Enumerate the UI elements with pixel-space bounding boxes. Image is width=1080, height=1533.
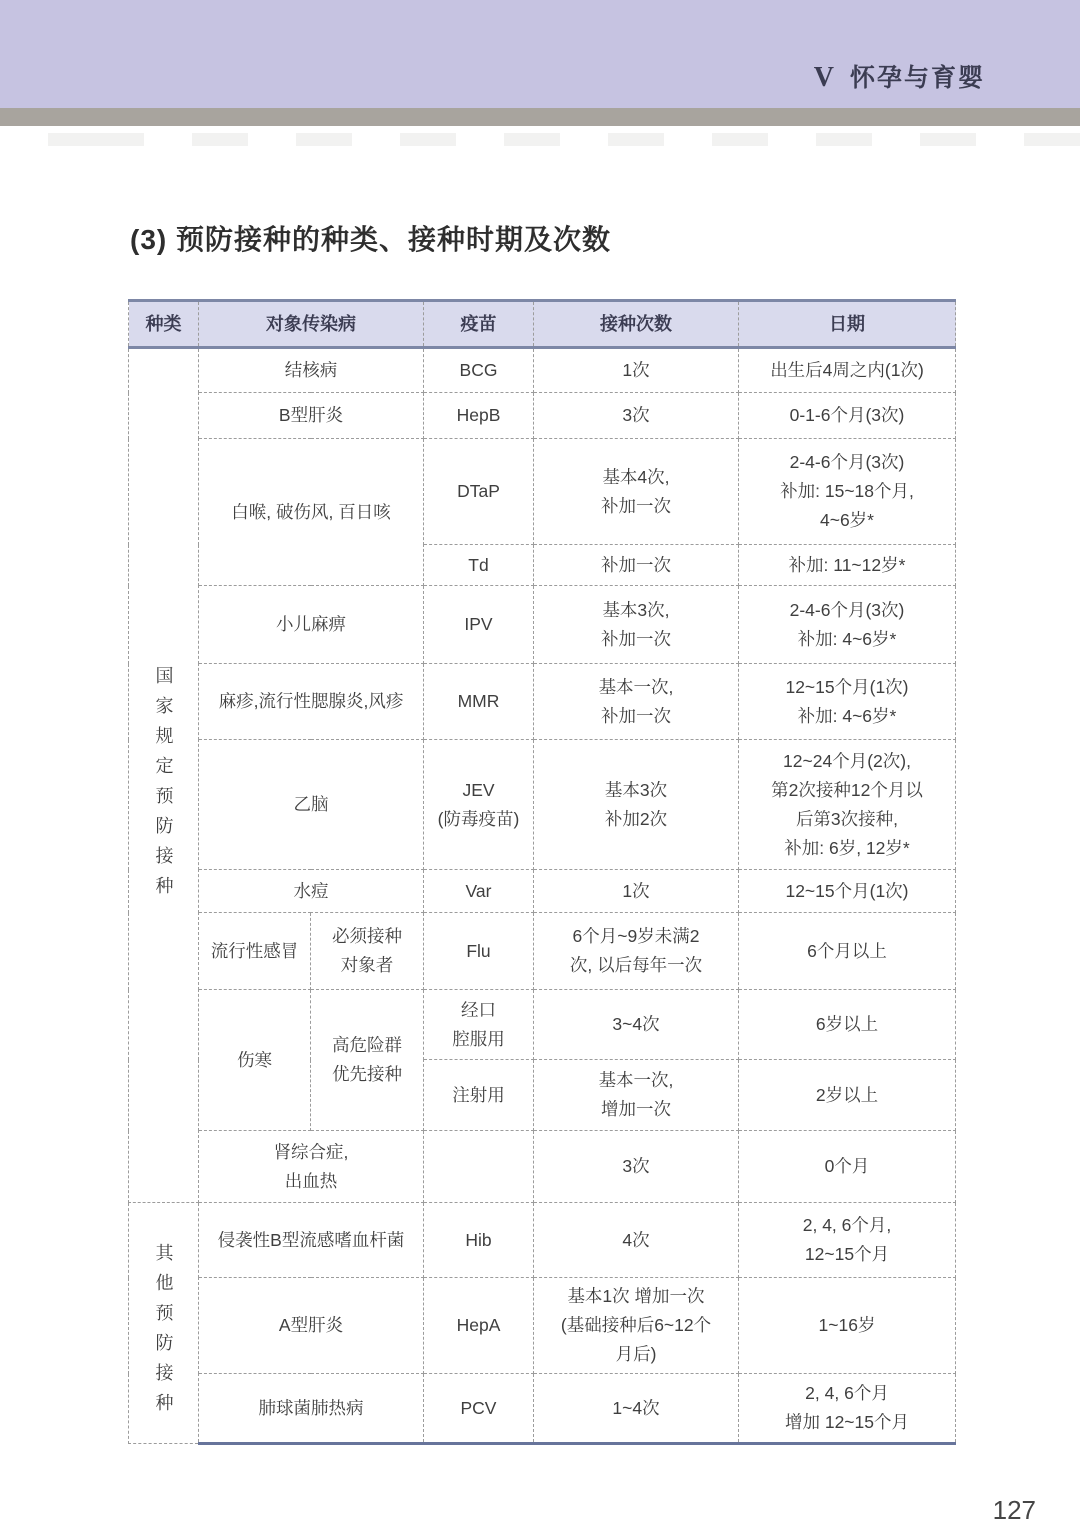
- cell-vaccine: MMR: [424, 664, 534, 740]
- cell-doses: 4次: [534, 1203, 739, 1278]
- cell-doses: 1~4次: [534, 1374, 739, 1444]
- page-header: V 怀孕与育婴: [0, 0, 1080, 108]
- cell-date: 0-1-6个月(3次): [739, 393, 956, 439]
- cell-vaccine: Td: [424, 545, 534, 586]
- cell-date: 0个月: [739, 1131, 956, 1203]
- page-title: (3) 预防接种的种类、接种时期及次数: [130, 218, 1080, 258]
- cell-disease: 肾综合症, 出血热: [199, 1131, 424, 1203]
- cell-vaccine: JEV (防毒疫苗): [424, 740, 534, 870]
- table-row-flu: 流行性感冒 必须接种 对象者 Flu 6个月~9岁未满2 次, 以后每年一次 6…: [129, 913, 956, 990]
- table-row-hepb: B型肝炎 HepB 3次 0-1-6个月(3次): [129, 393, 956, 439]
- cell-disease: 麻疹,流行性腮腺炎,风疹: [199, 664, 424, 740]
- table-row-jev: 乙脑 JEV (防毒疫苗) 基本3次 补加2次 12~24个月(2次), 第2次…: [129, 740, 956, 870]
- cell-vaccine: Var: [424, 870, 534, 913]
- cell-disease: B型肝炎: [199, 393, 424, 439]
- cell-vaccine: DTaP: [424, 439, 534, 545]
- cell-date: 2, 4, 6个月 增加 12~15个月: [739, 1374, 956, 1444]
- cell-doses: 3次: [534, 393, 739, 439]
- table-row-typhoid-oral: 伤寒 高危险群 优先接种 经口 腔服用 3~4次 6岁以上: [129, 990, 956, 1060]
- cell-target-group: 高危险群 优先接种: [311, 990, 424, 1131]
- cell-disease: 水痘: [199, 870, 424, 913]
- cell-date: 2-4-6个月(3次) 补加: 4~6岁*: [739, 586, 956, 664]
- cell-doses: 3次: [534, 1131, 739, 1203]
- cell-disease: 侵袭性B型流感嗜血杆菌: [199, 1203, 424, 1278]
- cell-doses: 基本1次 增加一次 (基础接种后6~12个 月后): [534, 1278, 739, 1374]
- cell-doses: 基本4次, 补加一次: [534, 439, 739, 545]
- cell-disease: 结核病: [199, 348, 424, 393]
- cell-vaccine: PCV: [424, 1374, 534, 1444]
- table-row-hfrs: 肾综合症, 出血热 3次 0个月: [129, 1131, 956, 1203]
- cell-vaccine: [424, 1131, 534, 1203]
- cell-date: 1~16岁: [739, 1278, 956, 1374]
- cell-doses: 6个月~9岁未满2 次, 以后每年一次: [534, 913, 739, 990]
- col-header-vaccine: 疫苗: [424, 301, 534, 348]
- cell-disease: 乙脑: [199, 740, 424, 870]
- cell-doses: 3~4次: [534, 990, 739, 1060]
- cell-doses: 1次: [534, 348, 739, 393]
- cell-vaccine: BCG: [424, 348, 534, 393]
- part-number: V: [814, 62, 834, 94]
- vaccination-table-wrapper: 种类 对象传染病 疫苗 接种次数 日期 国家规定预防接种 结核病 BCG 1次 …: [128, 299, 1080, 1445]
- print-ghosting: [0, 133, 1080, 146]
- cell-disease: 流行性感冒: [199, 913, 311, 990]
- table-row-hib: 其他预防接种 侵袭性B型流感嗜血杆菌 Hib 4次 2, 4, 6个月, 12~…: [129, 1203, 956, 1278]
- cell-date: 6个月以上: [739, 913, 956, 990]
- category-label: 国家规定预防接种: [155, 666, 173, 906]
- cell-doses: 基本3次 补加2次: [534, 740, 739, 870]
- cell-date: 12~15个月(1次) 补加: 4~6岁*: [739, 664, 956, 740]
- cell-date: 12~24个月(2次), 第2次接种12个月以 后第3次接种, 补加: 6岁, …: [739, 740, 956, 870]
- table-row-mmr: 麻疹,流行性腮腺炎,风疹 MMR 基本一次, 补加一次 12~15个月(1次) …: [129, 664, 956, 740]
- table-row-ipv: 小儿麻痹 IPV 基本3次, 补加一次 2-4-6个月(3次) 补加: 4~6岁…: [129, 586, 956, 664]
- cell-vaccine: HepA: [424, 1278, 534, 1374]
- category-label: 其他预防接种: [155, 1243, 173, 1423]
- section-category-national: 国家规定预防接种: [129, 348, 199, 1203]
- cell-vaccine: 注射用: [424, 1060, 534, 1131]
- cell-vaccine: IPV: [424, 586, 534, 664]
- table-row-hepa: A型肝炎 HepA 基本1次 增加一次 (基础接种后6~12个 月后) 1~16…: [129, 1278, 956, 1374]
- part-title: 怀孕与育婴: [850, 58, 985, 94]
- cell-vaccine: Flu: [424, 913, 534, 990]
- col-header-date: 日期: [739, 301, 956, 348]
- cell-disease: 肺球菌肺热病: [199, 1374, 424, 1444]
- cell-vaccine: Hib: [424, 1203, 534, 1278]
- cell-vaccine: 经口 腔服用: [424, 990, 534, 1060]
- col-header-doses: 接种次数: [534, 301, 739, 348]
- table-header-row: 种类 对象传染病 疫苗 接种次数 日期: [129, 301, 956, 348]
- table-row-dtap: 白喉, 破伤风, 百日咳 DTaP 基本4次, 补加一次 2-4-6个月(3次)…: [129, 439, 956, 545]
- cell-date: 2-4-6个月(3次) 补加: 15~18个月, 4~6岁*: [739, 439, 956, 545]
- cell-date: 2岁以上: [739, 1060, 956, 1131]
- col-header-category: 种类: [129, 301, 199, 348]
- section-category-other: 其他预防接种: [129, 1203, 199, 1444]
- table-row-pcv: 肺球菌肺热病 PCV 1~4次 2, 4, 6个月 增加 12~15个月: [129, 1374, 956, 1444]
- cell-target-group: 必须接种 对象者: [311, 913, 424, 990]
- cell-doses: 基本一次, 增加一次: [534, 1060, 739, 1131]
- cell-disease: 小儿麻痹: [199, 586, 424, 664]
- cell-date: 2, 4, 6个月, 12~15个月: [739, 1203, 956, 1278]
- cell-date: 12~15个月(1次): [739, 870, 956, 913]
- table-row-bcg: 国家规定预防接种 结核病 BCG 1次 出生后4周之内(1次): [129, 348, 956, 393]
- cell-disease-group: 白喉, 破伤风, 百日咳: [199, 439, 424, 586]
- cell-doses: 1次: [534, 870, 739, 913]
- divider-band: [0, 108, 1080, 126]
- table-row-var: 水痘 Var 1次 12~15个月(1次): [129, 870, 956, 913]
- cell-disease: A型肝炎: [199, 1278, 424, 1374]
- cell-date: 出生后4周之内(1次): [739, 348, 956, 393]
- cell-date: 补加: 11~12岁*: [739, 545, 956, 586]
- page-number: 127: [0, 1495, 1080, 1526]
- cell-date: 6岁以上: [739, 990, 956, 1060]
- part-heading: V 怀孕与育婴: [814, 58, 985, 94]
- cell-doses: 基本3次, 补加一次: [534, 586, 739, 664]
- col-header-disease: 对象传染病: [199, 301, 424, 348]
- cell-vaccine: HepB: [424, 393, 534, 439]
- cell-doses: 基本一次, 补加一次: [534, 664, 739, 740]
- cell-disease-group: 伤寒: [199, 990, 311, 1131]
- vaccination-table: 种类 对象传染病 疫苗 接种次数 日期 国家规定预防接种 结核病 BCG 1次 …: [128, 299, 956, 1445]
- cell-doses: 补加一次: [534, 545, 739, 586]
